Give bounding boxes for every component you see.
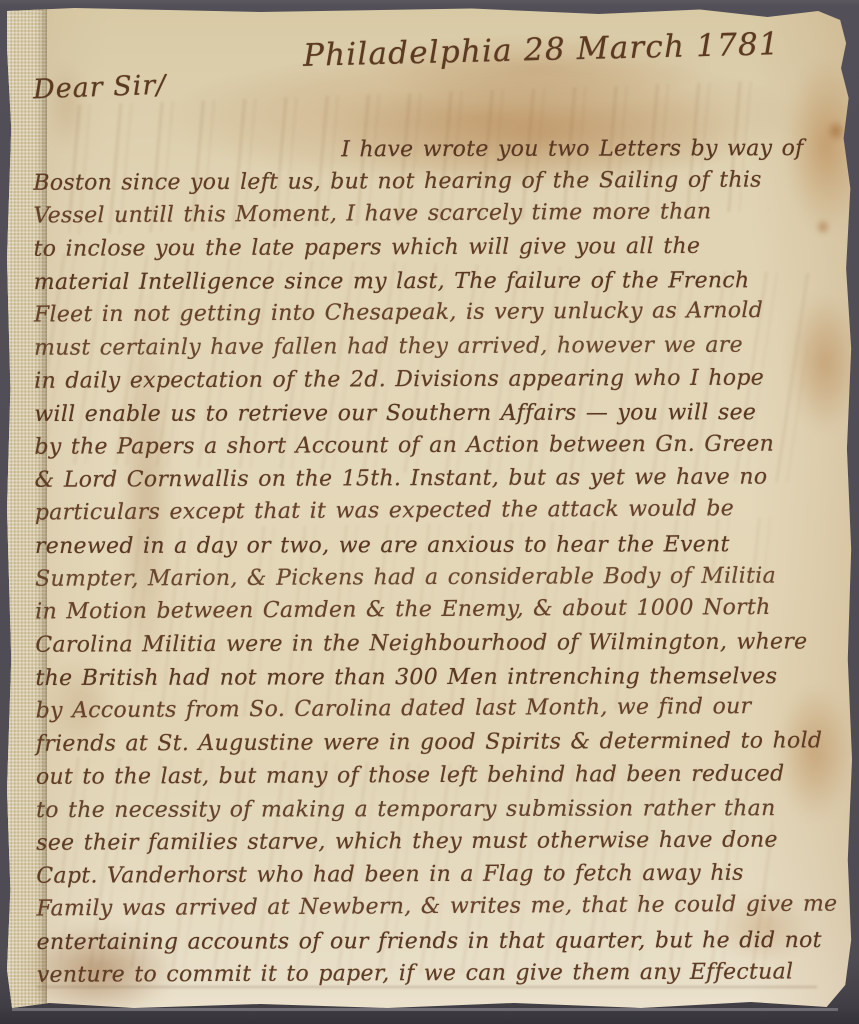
letter-line: Carolina Militia were in the Neighbourho… (35, 625, 840, 662)
letter-line: Family was arrived at Newbern, & writes … (36, 888, 841, 926)
letter-line: in Motion between Camden & the Enemy, & … (35, 591, 840, 629)
letter-line: Vessel untill this Moment, I have scarce… (33, 195, 838, 233)
letter-salutation: Dear Sir/ (32, 70, 166, 106)
letter-dateline: Philadelphia 28 March 1781 (303, 26, 781, 74)
letter-line: I have wrote you two Letters by way of (33, 132, 838, 167)
letter-line: out to the last, but many of those left … (36, 757, 841, 794)
letter-line: renewed in a day or two, we are anxious … (35, 528, 840, 563)
letter-line: to the necessity of making a temporary s… (36, 792, 841, 827)
letter-line: particulars except that it was expected … (35, 492, 840, 530)
letter-line: see their families starve, which they mu… (36, 823, 841, 860)
letter-line: Fleet in not getting into Chesapeak, is … (34, 294, 839, 332)
letter-line: by Accounts from So. Carolina dated last… (36, 690, 841, 728)
letter-line: entertaining accounts of our friends in … (37, 924, 842, 959)
letter-line: in daily expectation of the 2d. Division… (34, 361, 839, 398)
letter-line: Capt. Vanderhorst who had been in a Flag… (36, 856, 841, 893)
letter-line: will enable us to retrieve our Southern … (34, 396, 839, 431)
letter-line: friends at St. Augustine were in good Sp… (36, 724, 841, 761)
letter-line: venture to commit it to paper, if we can… (37, 955, 842, 992)
letter-paper: Philadelphia 28 March 1781 Dear Sir/ I h… (7, 8, 852, 1010)
scanned-letter-page: Philadelphia 28 March 1781 Dear Sir/ I h… (0, 0, 859, 1024)
letter-line: to inclose you the late papers which wil… (34, 229, 839, 266)
underlying-page-edge (12, 1008, 838, 1011)
letter-body: I have wrote you two Letters by way of B… (33, 130, 842, 992)
letter-line: Sumpter, Marion, & Pickens had a conside… (35, 559, 840, 596)
letter-line: must certainly have fallen had they arri… (34, 328, 839, 365)
letter-line: by the Papers a short Account of an Acti… (34, 427, 839, 464)
letter-line: & Lord Cornwallis on the 15th. Instant, … (35, 460, 840, 497)
